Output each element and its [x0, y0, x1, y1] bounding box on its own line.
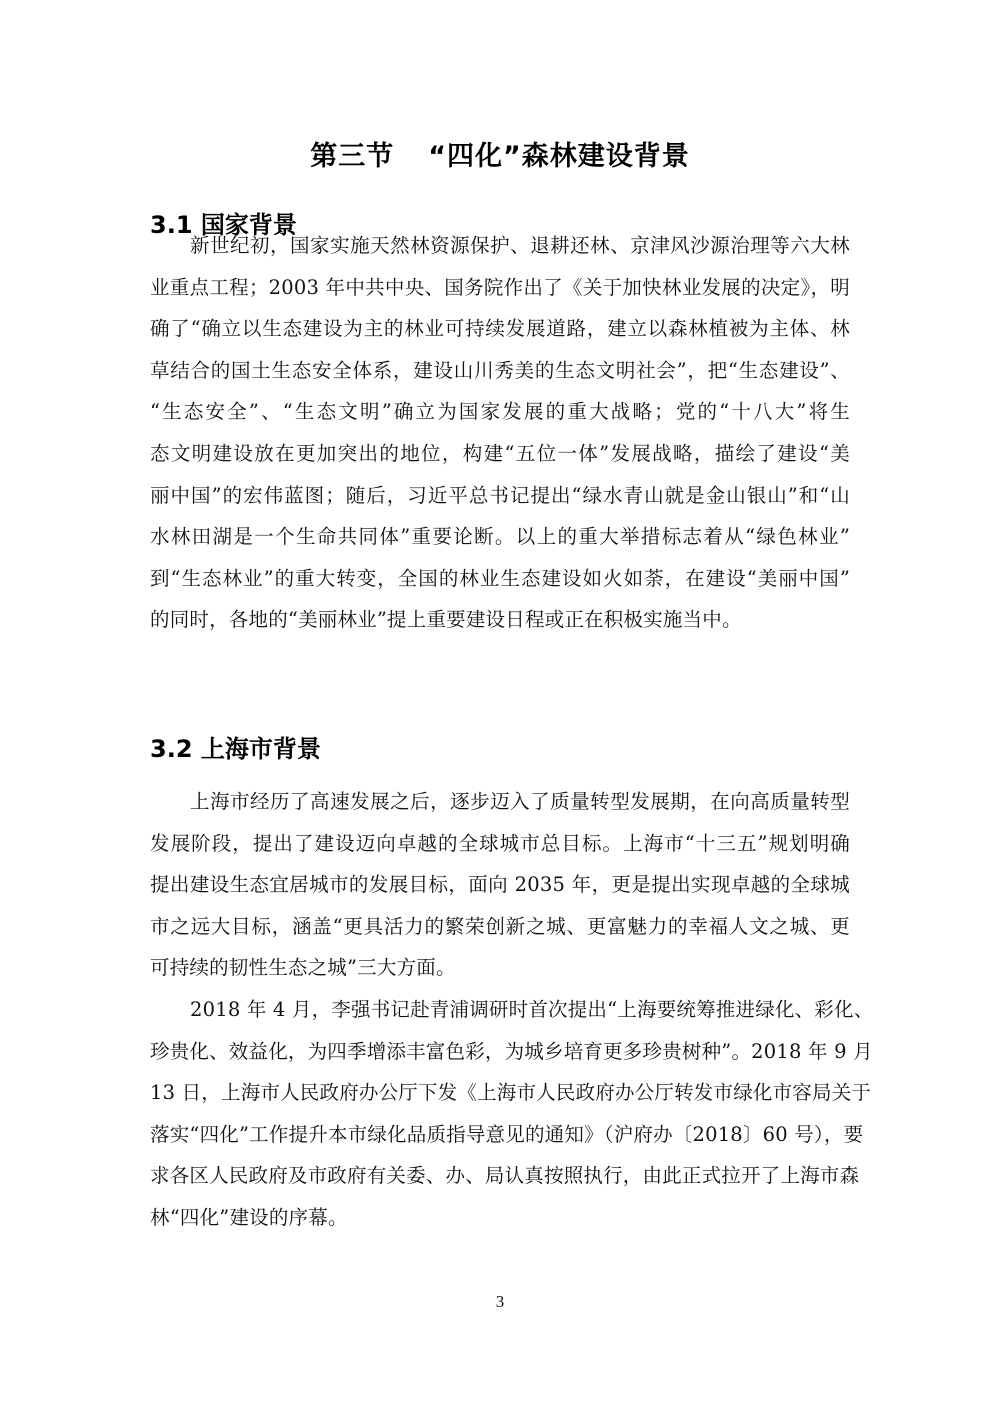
- text-line: 市之远大目标，涵盖“更具活力的繁荣创新之城、更富魅力的幸福人文之城、更: [150, 906, 850, 948]
- text-line: 发展阶段，提出了建设迈向卓越的全球城市总目标。上海市“十三五”规划明确: [150, 823, 850, 865]
- paragraph-shanghai-four-modernizations: 2018 年 4 月，李强书记赴青浦调研时首次提出“上海要统筹推进绿化、彩化、 …: [150, 989, 850, 1239]
- text-line: 珍贵化、效益化，为四季增添丰富色彩，为城乡培育更多珍贵树种”。2018 年 9 …: [150, 1031, 850, 1073]
- text-line: 2018 年 4 月，李强书记赴青浦调研时首次提出“上海要统筹推进绿化、彩化、: [150, 989, 850, 1031]
- chapter-label: 第三节: [310, 141, 394, 172]
- paragraph-shanghai-development: 上海市经历了高速发展之后，逐步迈入了质量转型发展期，在向高质量转型 发展阶段，提…: [150, 781, 850, 989]
- text-line: 水林田湖是一个生命共同体”重要论断。以上的重大举措标志着从“绿色林业”: [150, 516, 850, 558]
- chapter-title: 第三节“四化”森林建设背景: [0, 134, 1000, 173]
- text-line: 态文明建设放在更加突出的地位，构建“五位一体”发展战略，描绘了建设“美: [150, 433, 850, 475]
- chapter-title-text: “四化”森林建设背景: [428, 141, 690, 172]
- text-line: “生态安全”、“生态文明”确立为国家发展的重大战略；党的“十八大”将生: [150, 391, 850, 433]
- text-line: 落实“四化”工作提升本市绿化品质指导意见的通知》（沪府办〔2018〕60 号），…: [150, 1114, 850, 1156]
- text-line: 丽中国”的宏伟蓝图；随后，习近平总书记提出“绿水青山就是金山银山”和“山: [150, 475, 850, 517]
- document-page: 第三节“四化”森林建设背景 3.1 国家背景 新世纪初，国家实施天然林资源保护、…: [0, 0, 1000, 1414]
- paragraph-national-background: 新世纪初，国家实施天然林资源保护、退耕还林、京津风沙源治理等六大林 业重点工程；…: [150, 225, 850, 641]
- text-line: 到“生态林业”的重大转变，全国的林业生态建设如火如荼，在建设“美丽中国”: [150, 558, 850, 600]
- text-line: 草结合的国土生态安全体系，建设山川秀美的生态文明社会”，把“生态建设”、: [150, 350, 850, 392]
- text-line: 求各区人民政府及市政府有关委、办、局认真按照执行，由此正式拉开了上海市森: [150, 1155, 850, 1197]
- text-line: 13 日，上海市人民政府办公厅下发《上海市人民政府办公厅转发市绿化市容局关于: [150, 1072, 850, 1114]
- text-line: 提出建设生态宜居城市的发展目标，面向 2035 年，更是提出实现卓越的全球城: [150, 864, 850, 906]
- text-line: 业重点工程；2003 年中共中央、国务院作出了《关于加快林业发展的决定》，明: [150, 267, 850, 309]
- text-line: 可持续的韧性生态之城”三大方面。: [150, 947, 850, 989]
- text-line: 确了“确立以生态建设为主的林业可持续发展道路，建立以森林植被为主体、林: [150, 308, 850, 350]
- text-line: 新世纪初，国家实施天然林资源保护、退耕还林、京津风沙源治理等六大林: [150, 225, 850, 267]
- text-line: 上海市经历了高速发展之后，逐步迈入了质量转型发展期，在向高质量转型: [150, 781, 850, 823]
- text-line: 林“四化”建设的序幕。: [150, 1197, 850, 1239]
- page-number: 3: [0, 1292, 1000, 1312]
- text-line: 的同时，各地的“美丽林业”提上重要建设日程或正在积极实施当中。: [150, 599, 850, 641]
- section-heading-shanghai: 3.2 上海市背景: [150, 729, 321, 764]
